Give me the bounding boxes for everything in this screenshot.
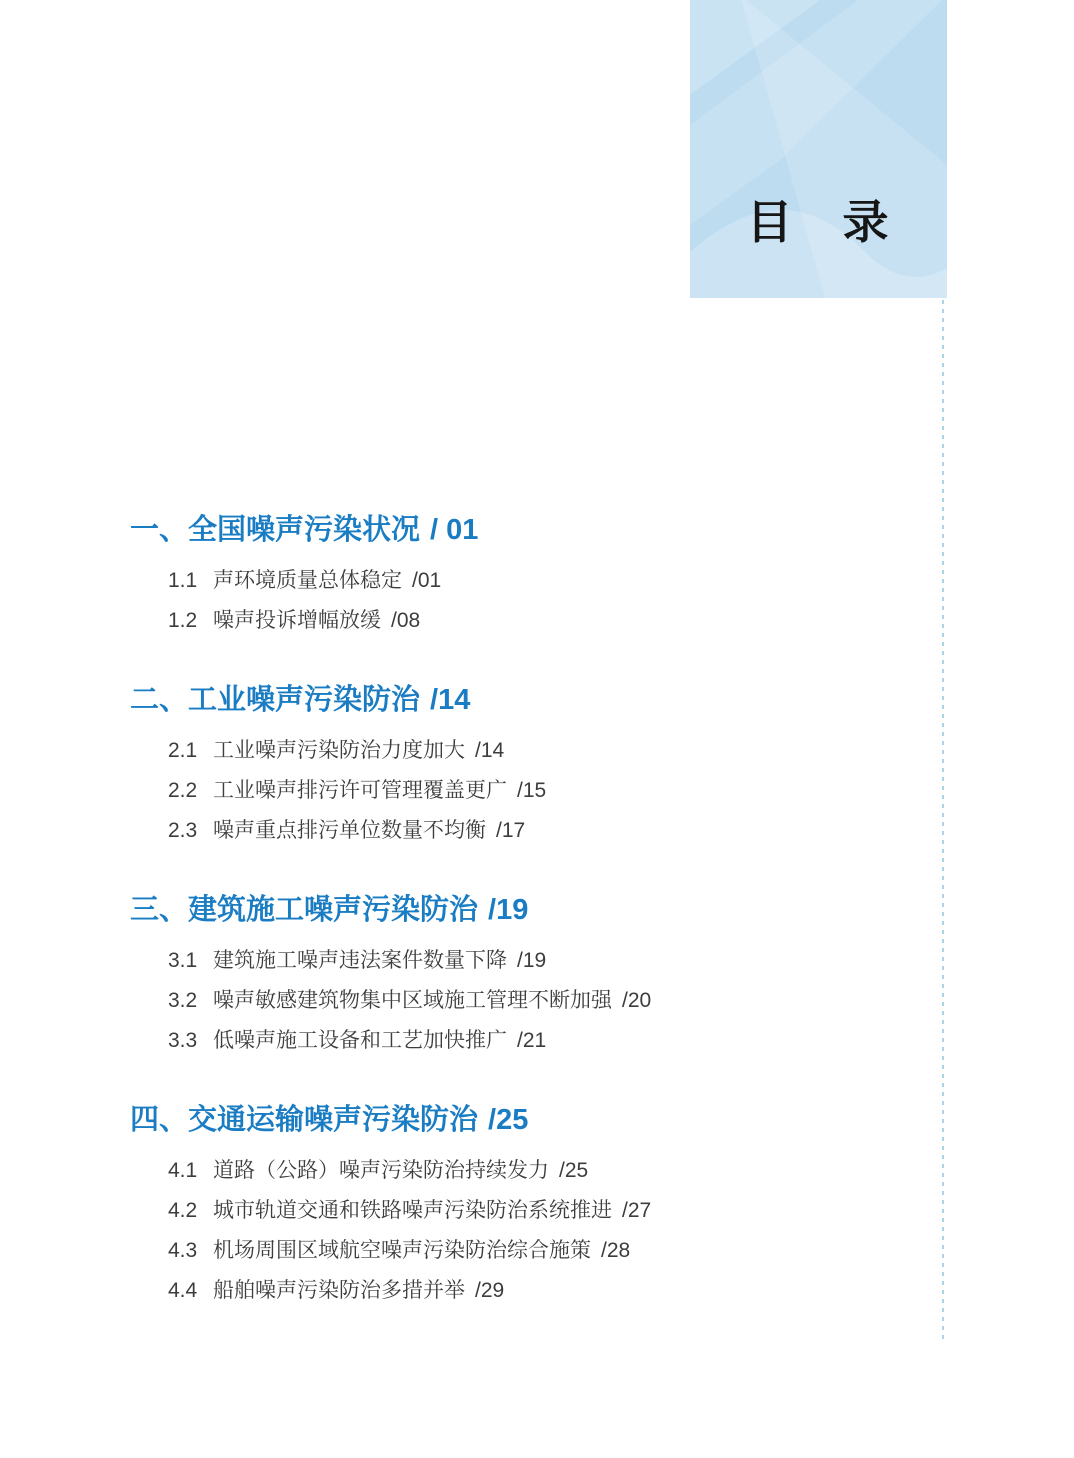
toc-item-list: 4.1道路（公路）噪声污染防治持续发力/254.2城市轨道交通和铁路噪声污染防治… xyxy=(130,1151,870,1311)
toc-item-number: 4.1 xyxy=(168,1151,213,1191)
toc-section: 三、建筑施工噪声污染防治/193.1建筑施工噪声违法案件数量下降/193.2噪声… xyxy=(130,895,870,1061)
toc-item-page: /15 xyxy=(517,771,546,811)
toc-item-page: /25 xyxy=(559,1151,588,1191)
toc-page: 目 录 一、全国噪声污染状况/ 011.1声环境质量总体稳定/011.2噪声投诉… xyxy=(0,0,1074,1458)
toc-section-label: 二、工业噪声污染防治 xyxy=(130,684,420,716)
toc-item-list: 2.1工业噪声污染防治力度加大/142.2工业噪声排污许可管理覆盖更广/152.… xyxy=(130,731,870,851)
toc-item-title: 工业噪声排污许可管理覆盖更广 xyxy=(213,771,507,811)
title-banner: 目 录 xyxy=(690,0,947,298)
toc-item: 4.2城市轨道交通和铁路噪声污染防治系统推进/27 xyxy=(168,1191,870,1231)
toc-item: 4.1道路（公路）噪声污染防治持续发力/25 xyxy=(168,1151,870,1191)
toc-item: 2.3噪声重点排污单位数量不均衡/17 xyxy=(168,811,870,851)
toc-item-title: 城市轨道交通和铁路噪声污染防治系统推进 xyxy=(213,1191,612,1231)
toc-section-page: / 01 xyxy=(430,514,478,546)
toc-item-page: /01 xyxy=(412,561,441,601)
toc-item-page: /20 xyxy=(622,981,651,1021)
toc-item-page: /28 xyxy=(601,1231,630,1271)
toc-item-title: 工业噪声污染防治力度加大 xyxy=(213,731,465,771)
toc-item-number: 1.2 xyxy=(168,601,213,641)
toc-item: 2.2工业噪声排污许可管理覆盖更广/15 xyxy=(168,771,870,811)
toc-item: 4.4船舶噪声污染防治多措并举/29 xyxy=(168,1271,870,1311)
banner-art xyxy=(690,0,947,298)
toc-item-page: /14 xyxy=(475,731,504,771)
toc-item: 1.2噪声投诉增幅放缓/08 xyxy=(168,601,870,641)
toc-item-number: 2.2 xyxy=(168,771,213,811)
toc-item-title: 噪声重点排污单位数量不均衡 xyxy=(213,811,486,851)
toc-section: 一、全国噪声污染状况/ 011.1声环境质量总体稳定/011.2噪声投诉增幅放缓… xyxy=(130,515,870,641)
toc-item-title: 机场周围区域航空噪声污染防治综合施策 xyxy=(213,1231,591,1271)
toc-section: 二、工业噪声污染防治/142.1工业噪声污染防治力度加大/142.2工业噪声排污… xyxy=(130,685,870,851)
toc-item: 3.1建筑施工噪声违法案件数量下降/19 xyxy=(168,941,870,981)
toc-section-heading: 一、全国噪声污染状况/ 01 xyxy=(130,515,870,545)
toc-item-number: 1.1 xyxy=(168,561,213,601)
toc-item-number: 4.4 xyxy=(168,1271,213,1311)
toc-item-number: 2.1 xyxy=(168,731,213,771)
toc-section-label: 一、全国噪声污染状况 xyxy=(130,514,420,546)
toc-item-title: 噪声投诉增幅放缓 xyxy=(213,601,381,641)
toc-section-label: 四、交通运输噪声污染防治 xyxy=(130,1104,478,1136)
toc-item-number: 3.1 xyxy=(168,941,213,981)
toc-item-title: 道路（公路）噪声污染防治持续发力 xyxy=(213,1151,549,1191)
toc-item: 3.3低噪声施工设备和工艺加快推广/21 xyxy=(168,1021,870,1061)
page-title: 目 录 xyxy=(690,196,947,248)
dashed-divider xyxy=(942,300,944,1343)
toc-section-page: /19 xyxy=(488,894,528,926)
toc-item-list: 1.1声环境质量总体稳定/011.2噪声投诉增幅放缓/08 xyxy=(130,561,870,641)
toc-section-heading: 三、建筑施工噪声污染防治/19 xyxy=(130,895,870,925)
toc-item-number: 3.2 xyxy=(168,981,213,1021)
toc-item-list: 3.1建筑施工噪声违法案件数量下降/193.2噪声敏感建筑物集中区域施工管理不断… xyxy=(130,941,870,1061)
toc-item-page: /17 xyxy=(496,811,525,851)
toc-section-label: 三、建筑施工噪声污染防治 xyxy=(130,894,478,926)
toc-section: 四、交通运输噪声污染防治/254.1道路（公路）噪声污染防治持续发力/254.2… xyxy=(130,1105,870,1311)
toc-item-title: 船舶噪声污染防治多措并举 xyxy=(213,1271,465,1311)
toc-item-title: 噪声敏感建筑物集中区域施工管理不断加强 xyxy=(213,981,612,1021)
toc-item: 2.1工业噪声污染防治力度加大/14 xyxy=(168,731,870,771)
toc-item: 4.3机场周围区域航空噪声污染防治综合施策/28 xyxy=(168,1231,870,1271)
toc-item-title: 低噪声施工设备和工艺加快推广 xyxy=(213,1021,507,1061)
toc-item-number: 4.3 xyxy=(168,1231,213,1271)
toc-item: 3.2噪声敏感建筑物集中区域施工管理不断加强/20 xyxy=(168,981,870,1021)
toc-item-number: 2.3 xyxy=(168,811,213,851)
table-of-contents: 一、全国噪声污染状况/ 011.1声环境质量总体稳定/011.2噪声投诉增幅放缓… xyxy=(130,515,870,1311)
toc-item-title: 建筑施工噪声违法案件数量下降 xyxy=(213,941,507,981)
toc-item-number: 4.2 xyxy=(168,1191,213,1231)
toc-section-heading: 二、工业噪声污染防治/14 xyxy=(130,685,870,715)
toc-item-page: /27 xyxy=(622,1191,651,1231)
toc-section-page: /25 xyxy=(488,1104,528,1136)
toc-item-page: /29 xyxy=(475,1271,504,1311)
toc-item-page: /21 xyxy=(517,1021,546,1061)
toc-section-page: /14 xyxy=(430,684,470,716)
toc-item-page: /19 xyxy=(517,941,546,981)
toc-item-page: /08 xyxy=(391,601,420,641)
toc-item-number: 3.3 xyxy=(168,1021,213,1061)
toc-item-title: 声环境质量总体稳定 xyxy=(213,561,402,601)
toc-item: 1.1声环境质量总体稳定/01 xyxy=(168,561,870,601)
toc-section-heading: 四、交通运输噪声污染防治/25 xyxy=(130,1105,870,1135)
